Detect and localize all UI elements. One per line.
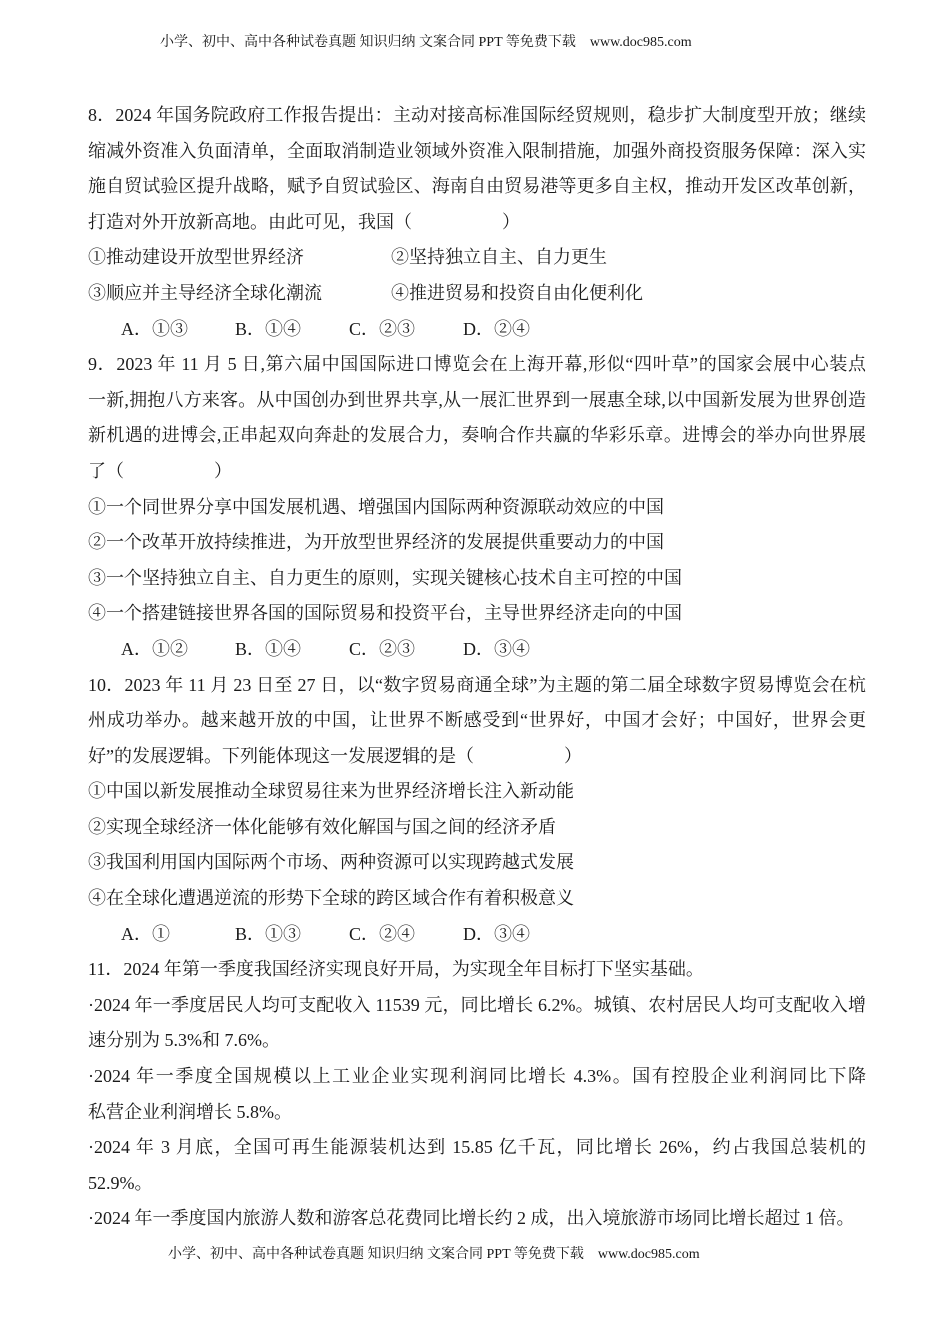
q9-choices-row: A．①②B．①④C．②③D．③④ <box>88 632 866 668</box>
q8-statement-2: ②坚持独立自主、自力更生 <box>391 247 607 267</box>
q8-statement-4: ④推进贸易和投资自由化便利化 <box>391 283 643 303</box>
q8-choice-d: D．②④ <box>463 319 530 339</box>
q9-stem-line-3: 新机遇的进博会,正串起双向奔赴的发展合力，奏响合作共赢的华彩乐章。进博会的举办向… <box>88 418 866 454</box>
q10-choice-b: B．①③ <box>235 917 349 953</box>
banner-text: 小学、初中、高中各种试卷真题 知识归纳 文案合同 PPT 等免费下载 <box>160 35 576 50</box>
q9-choice-d: D．③④ <box>463 639 530 659</box>
q10-choices-row: A．①B．①③C．②④D．③④ <box>88 917 866 953</box>
q9-statement-3: ③一个坚持独立自主、自力更生的原则，实现关键核心技术自主可控的中国 <box>88 561 866 597</box>
q9-choice-a: A．①② <box>121 632 235 668</box>
document-page: { "site_banner": { "text": "小学、初中、高中各种试卷… <box>0 0 950 1344</box>
q8-choice-b: B．①④ <box>235 312 349 348</box>
q11-bullet-2-line-1: ·2024 年一季度全国规模以上工业企业实现利润同比增长 4.3%。国有控股企业… <box>88 1059 866 1095</box>
q9-stem-line-4: 了（ ） <box>88 454 866 490</box>
q8-stem-line-4: 打造对外开放新高地。由此可见，我国（ ） <box>88 205 866 241</box>
q8-statement-row-2: ③顺应并主导经济全球化潮流④推进贸易和投资自由化便利化 <box>88 276 866 312</box>
q9-statement-4: ④一个搭建链接世界各国的国际贸易和投资平台，主导世界经济走向的中国 <box>88 596 866 632</box>
q10-statement-4: ④在全球化遭遇逆流的形势下全球的跨区域合作有着积极意义 <box>88 881 866 917</box>
q10-statement-2: ②实现全球经济一体化能够有效化解国与国之间的经济矛盾 <box>88 810 866 846</box>
q8-stem-line-3: 施自贸试验区提升战略，赋予自贸试验区、海南自由贸易港等更多自主权，推动开发区改革… <box>88 169 866 205</box>
banner-url-bottom: www.doc985.com <box>598 1247 700 1262</box>
q11-bullet-3-line-1: ·2024 年 3 月底，全国可再生能源装机达到 15.85 亿千瓦，同比增长 … <box>88 1130 866 1166</box>
q10-stem-line-3: 好”的发展逻辑。下列能体现这一发展逻辑的是（ ） <box>88 739 866 775</box>
q8-choice-c: C．②③ <box>349 312 463 348</box>
q9-choice-c: C．②③ <box>349 632 463 668</box>
q9-stem-line-2: 一新,拥抱八方来客。从中国创办到世界共享,从一展汇世界到一展惠全球,以中国新发展… <box>88 383 866 419</box>
exam-body: 8．2024 年国务院政府工作报告提出：主动对接高标准国际经贸规则，稳步扩大制度… <box>88 98 866 1237</box>
site-banner-top: 小学、初中、高中各种试卷真题 知识归纳 文案合同 PPT 等免费下载www.do… <box>0 0 950 53</box>
q10-statement-3: ③我国利用国内国际两个市场、两种资源可以实现跨越式发展 <box>88 845 866 881</box>
q8-choice-a: A．①③ <box>121 312 235 348</box>
q8-stem-line-2: 缩减外资准入负面清单，全面取消制造业领域外资准入限制措施，加强外商投资服务保障：… <box>88 134 866 170</box>
question-9: 9．2023 年 11 月 5 日,第六届中国国际进口博览会在上海开幕,形似“四… <box>88 347 866 667</box>
q8-statement-1: ①推动建设开放型世界经济 <box>88 240 391 276</box>
question-10: 10．2023 年 11 月 23 日至 27 日，以“数字贸易商通全球”为主题… <box>88 668 866 953</box>
q9-choice-b: B．①④ <box>235 632 349 668</box>
q10-choice-d: D．③④ <box>463 924 530 944</box>
q10-stem-line-2: 州成功举办。越来越开放的中国，让世界不断感受到“世界好，中国才会好；中国好，世界… <box>88 703 866 739</box>
banner-text-bottom: 小学、初中、高中各种试卷真题 知识归纳 文案合同 PPT 等免费下载 <box>168 1247 584 1262</box>
site-banner-bottom: 小学、初中、高中各种试卷真题 知识归纳 文案合同 PPT 等免费下载www.do… <box>0 1245 950 1265</box>
q11-bullet-1-line-2: 速分别为 5.3%和 7.6%。 <box>88 1023 866 1059</box>
q10-choice-a: A．① <box>121 917 235 953</box>
q8-choices-row: A．①③B．①④C．②③D．②④ <box>88 312 866 348</box>
q9-statement-2: ②一个改革开放持续推进，为开放型世界经济的发展提供重要动力的中国 <box>88 525 866 561</box>
q10-stem-line-1: 10．2023 年 11 月 23 日至 27 日，以“数字贸易商通全球”为主题… <box>88 668 866 704</box>
question-11: 11．2024 年第一季度我国经济实现良好开局，为实现全年目标打下坚实基础。 ·… <box>88 952 866 1237</box>
q9-stem-line-1: 9．2023 年 11 月 5 日,第六届中国国际进口博览会在上海开幕,形似“四… <box>88 347 866 383</box>
q11-intro-line: 11．2024 年第一季度我国经济实现良好开局，为实现全年目标打下坚实基础。 <box>88 952 866 988</box>
banner-url: www.doc985.com <box>590 35 692 50</box>
question-8: 8．2024 年国务院政府工作报告提出：主动对接高标准国际经贸规则，稳步扩大制度… <box>88 98 866 347</box>
q11-bullet-3-line-2: 52.9%。 <box>88 1166 866 1202</box>
q8-statement-row-1: ①推动建设开放型世界经济②坚持独立自主、自力更生 <box>88 240 866 276</box>
q11-bullet-4-line-1: ·2024 年一季度国内旅游人数和游客总花费同比增长约 2 成，出入境旅游市场同… <box>88 1201 866 1237</box>
q11-bullet-2-line-2: 私营企业利润增长 5.8%。 <box>88 1095 866 1131</box>
q11-bullet-1-line-1: ·2024 年一季度居民人均可支配收入 11539 元，同比增长 6.2%。城镇… <box>88 988 866 1024</box>
q9-statement-1: ①一个同世界分享中国发展机遇、增强国内国际两种资源联动效应的中国 <box>88 490 866 526</box>
q10-choice-c: C．②④ <box>349 917 463 953</box>
q8-statement-3: ③顺应并主导经济全球化潮流 <box>88 276 391 312</box>
q10-statement-1: ①中国以新发展推动全球贸易往来为世界经济增长注入新动能 <box>88 774 866 810</box>
q8-stem-line-1: 8．2024 年国务院政府工作报告提出：主动对接高标准国际经贸规则，稳步扩大制度… <box>88 98 866 134</box>
